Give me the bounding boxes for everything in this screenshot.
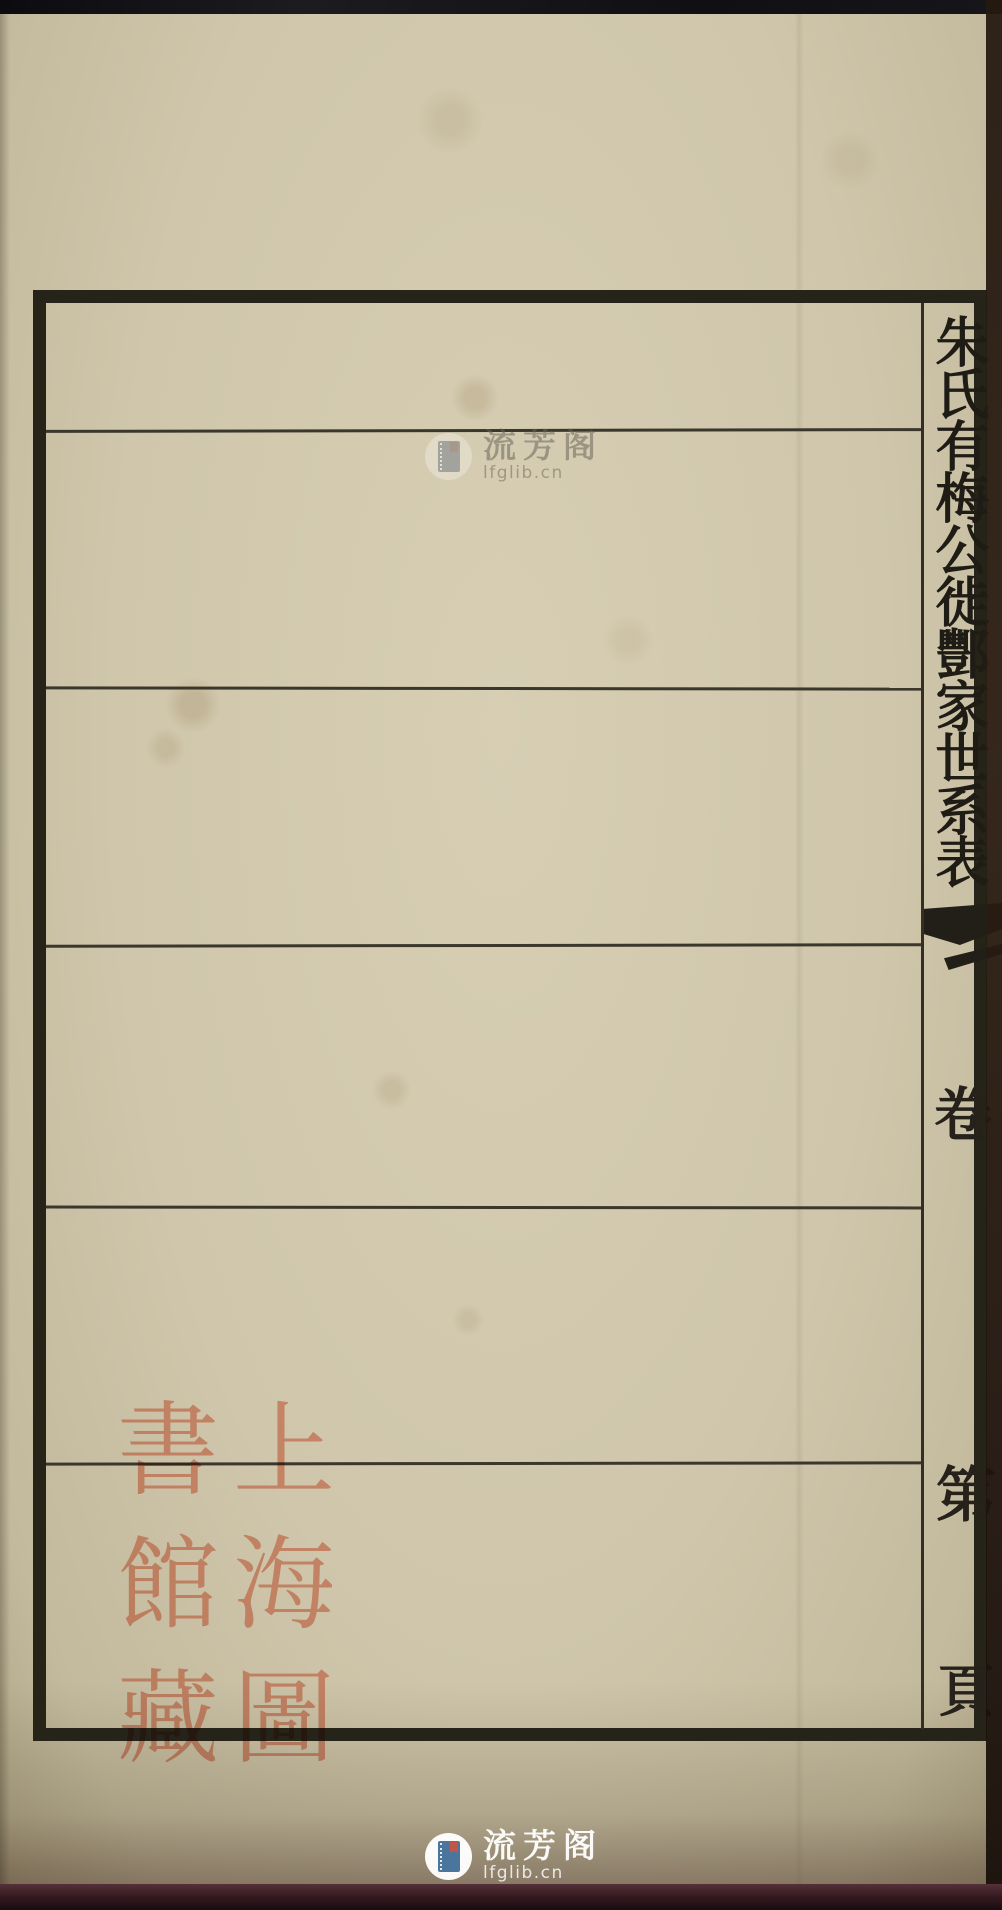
book-logo-icon — [438, 1841, 460, 1872]
site-watermark-faint: 流芳阁 lfglib.cn — [425, 430, 603, 483]
watermark-texts: 流芳阁 lfglib.cn — [483, 1830, 603, 1883]
page-edge-right-fold — [986, 0, 1002, 1910]
book-logo-circle — [425, 433, 472, 480]
library-seal: 上海圖 書館藏 — [100, 1396, 332, 1808]
scanned-genealogy-page: 朱氏有梅公徙酆家世系表 卷 第 頁 上海圖 書館藏 流芳阁 lfglib.cn … — [0, 0, 1002, 1910]
title-column-divider — [921, 303, 924, 1729]
site-watermark: 流芳阁 lfglib.cn — [425, 1830, 603, 1883]
watermark-texts: 流芳阁 lfglib.cn — [483, 430, 603, 483]
watermark-site-name: 流芳阁 — [483, 430, 603, 464]
book-logo-icon — [438, 441, 460, 472]
page-edge-top — [0, 0, 1002, 14]
margin-label-volume: 卷 — [934, 1068, 992, 1152]
page-edge-bottom — [0, 1884, 1002, 1910]
watermark-site-url: lfglib.cn — [483, 464, 603, 483]
watermark-site-name: 流芳阁 — [483, 1830, 603, 1864]
watermark-site-url: lfglib.cn — [483, 1864, 603, 1883]
page-edge-left-shadow — [0, 0, 10, 1910]
seal-column-right: 上海圖 — [218, 1396, 330, 1808]
book-title-vertical: 朱氏有梅公徙酆家世系表 — [930, 314, 986, 904]
seal-column-left: 書館藏 — [102, 1396, 214, 1808]
book-logo-circle — [425, 1833, 472, 1880]
